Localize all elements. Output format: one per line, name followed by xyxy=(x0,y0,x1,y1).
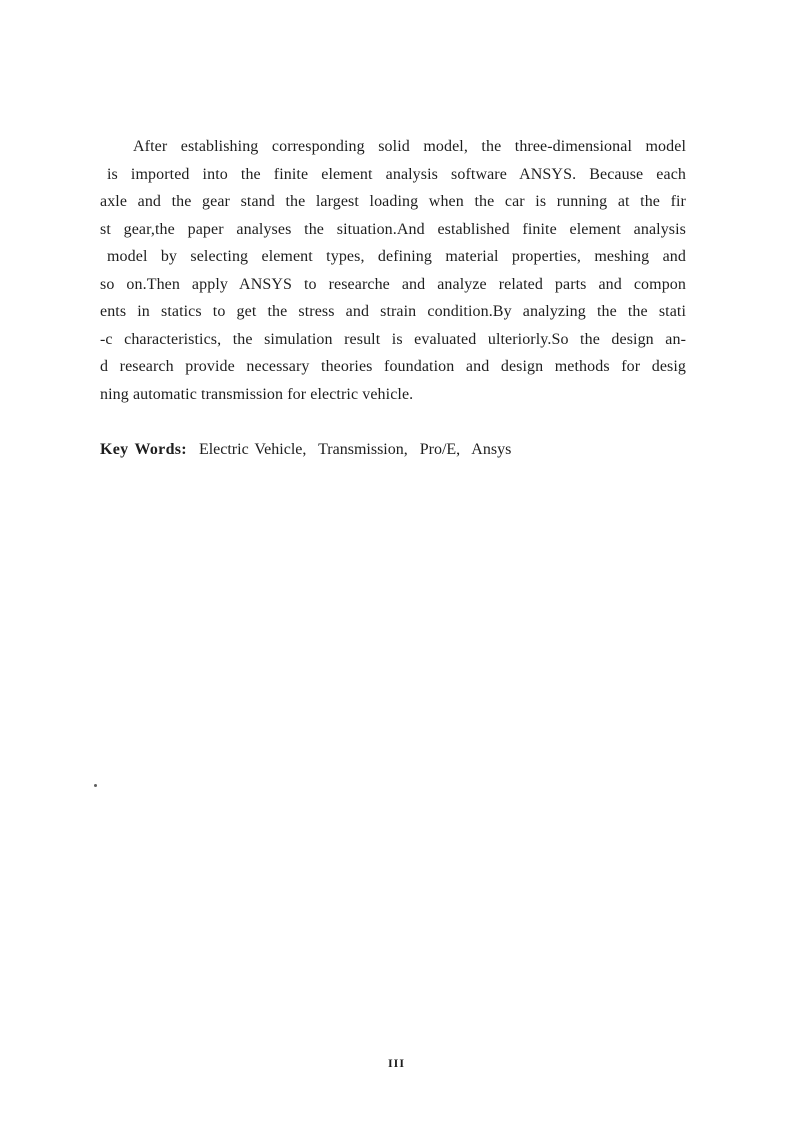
page-number: III xyxy=(0,1056,793,1071)
abstract-line: d research provide necessary theories fo… xyxy=(100,353,686,381)
abstract-line: axle and the gear stand the largest load… xyxy=(100,188,686,216)
abstract-line: st gear,the paper analyses the situation… xyxy=(100,216,686,244)
abstract-line: After establishing corresponding solid m… xyxy=(100,133,686,161)
keywords-line: Key Words:Electric Vehicle, Transmission… xyxy=(100,439,686,461)
document-page: After establishing corresponding solid m… xyxy=(0,0,793,1122)
keywords-value: Electric Vehicle, Transmission, Pro/E, A… xyxy=(199,441,511,458)
scan-speck-artifact xyxy=(94,784,97,787)
abstract-line: so on.Then apply ANSYS to researche and … xyxy=(100,271,686,299)
abstract-line: ning automatic transmission for electric… xyxy=(100,381,686,409)
keywords-label: Key Words: xyxy=(100,441,187,458)
abstract-line: is imported into the finite element anal… xyxy=(100,161,686,189)
abstract-line: model by selecting element types, defini… xyxy=(100,243,686,271)
abstract-line: ents in statics to get the stress and st… xyxy=(100,298,686,326)
abstract-paragraph: After establishing corresponding solid m… xyxy=(100,133,686,408)
abstract-line: -c characteristics, the simulation resul… xyxy=(100,326,686,354)
